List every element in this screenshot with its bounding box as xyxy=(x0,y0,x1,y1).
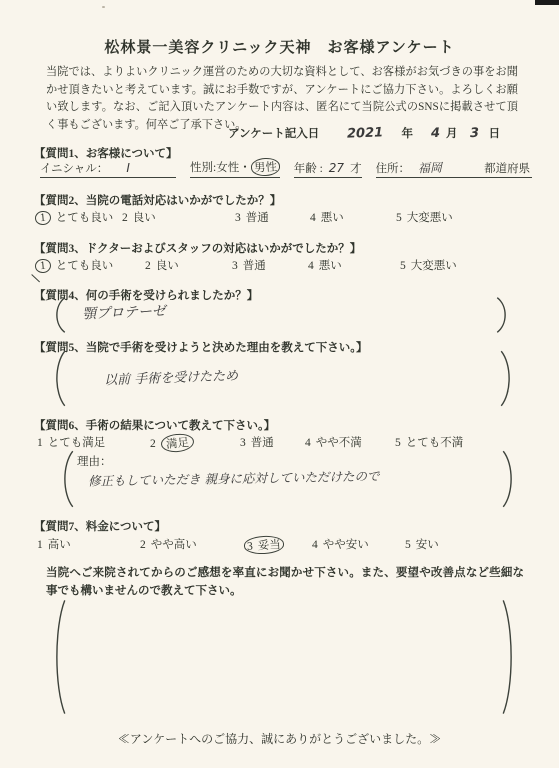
q5-answer-box: 以前 手術を受けたため xyxy=(52,350,514,407)
q5-answer: 以前 手術を受けたため xyxy=(104,365,239,389)
feedback-answer-box xyxy=(52,598,516,716)
age-value: 27 xyxy=(329,161,344,175)
q7-heading: 【質問7、料金について】 xyxy=(34,518,166,534)
initial-label: イニシャル： xyxy=(40,163,108,175)
q7-option-3: 3妥当 xyxy=(244,536,284,554)
q7-option-2: 2やや高い xyxy=(140,536,197,552)
close-paren xyxy=(495,297,510,333)
close-paren xyxy=(501,450,516,508)
q6-option-4: 4やや不満 xyxy=(305,434,362,450)
date-day-suffix: 日 xyxy=(489,125,501,141)
feedback-prompt: 当院へご来院されてからのご感想を率直にお聞かせ下さい。また、要望や改善点など些細… xyxy=(46,564,524,600)
open-paren xyxy=(52,297,67,333)
q3-option-4: 4悪い xyxy=(308,257,342,273)
address-label: 住所： xyxy=(376,163,411,175)
address-field: 住所：福岡都道府県 xyxy=(376,159,532,178)
q6-option-3: 3普通 xyxy=(240,434,274,450)
q7-option-5: 5安い xyxy=(405,536,439,552)
q2-selected-circle: 1 xyxy=(34,210,51,225)
q7-selected-circle: 3妥当 xyxy=(244,535,285,555)
date-year-suffix: 年 xyxy=(402,125,414,141)
open-paren xyxy=(52,598,67,716)
q6-option-1: 1とても満足 xyxy=(37,434,105,450)
age-field: 年齢 :27才 xyxy=(294,160,362,178)
q2-option-1: 1とても良い xyxy=(35,209,113,225)
q6-option-5: 5とても不満 xyxy=(395,434,463,450)
gender-field: 性別:女性・男性 xyxy=(190,158,280,178)
q6-reason-box: 理由： 修正もしていただき 親身に応対していただけたので xyxy=(60,450,516,508)
footer-thanks: ≪アンケートへのご協力、誠にありがとうございました。≫ xyxy=(0,730,559,747)
q6-reason-answer: 修正もしていただき 親身に応対していただけたので xyxy=(88,466,380,489)
open-paren xyxy=(52,350,67,407)
intro-text: 当院では、よりよいクリニック運営のための大切な資料として、お客様がお気づきの事を… xyxy=(46,64,518,134)
scan-dust xyxy=(102,6,105,8)
date-month-value: 4 xyxy=(431,126,441,141)
q3-heading: 【質問3、ドクターおよびスタッフの対応はいかがでしたか？】 xyxy=(34,240,361,256)
age-suffix: 才 xyxy=(350,163,362,175)
q3-selected-circle: 1 xyxy=(34,258,51,273)
close-paren xyxy=(501,598,516,716)
close-paren xyxy=(499,350,514,407)
q2-heading: 【質問2、当院の電話対応はいかがでしたか？】 xyxy=(34,192,281,208)
date-line: アンケート記入日 2021 年 4 月 3 日 xyxy=(228,125,500,141)
address-value: 福岡 xyxy=(418,159,443,177)
q7-option-1: 1高い xyxy=(37,536,71,552)
q3-option-5: 5大変悪い xyxy=(400,257,457,273)
open-paren xyxy=(60,450,75,508)
q2-option-5: 5大変悪い xyxy=(396,209,453,225)
address-suffix: 都道府県 xyxy=(484,163,530,175)
q7-option-4: 4やや安い xyxy=(312,536,369,552)
q2-option-2: 2良い xyxy=(122,209,156,225)
gender-selected-circle: 男性 xyxy=(250,157,280,176)
q6-heading: 【質問6、手術の結果について教えて下さい。】 xyxy=(34,417,275,433)
q2-option-3: 3普通 xyxy=(235,209,269,225)
q3-option-2: 2良い xyxy=(145,257,179,273)
q2-option-4: 4悪い xyxy=(310,209,344,225)
date-month-suffix: 月 xyxy=(446,125,458,141)
age-label: 年齢 : xyxy=(294,163,323,175)
q4-answer-box: 顎プロテーゼ xyxy=(52,297,510,333)
page-title: 松林景一美容クリニック天神 お客様アンケート xyxy=(0,36,559,57)
date-year-value: 2021 xyxy=(347,125,384,141)
initial-value: I xyxy=(126,161,130,175)
q6-reason-label: 理由： xyxy=(77,453,112,469)
q1-fields: イニシャル：I 性別:女性・男性 年齢 :27才 住所：福岡都道府県 xyxy=(40,158,532,178)
date-label: アンケート記入日 xyxy=(228,125,319,141)
initial-field: イニシャル：I xyxy=(40,160,176,178)
date-day-value: 3 xyxy=(469,126,479,141)
q3-option-3: 3普通 xyxy=(232,257,266,273)
scan-artifact-corner xyxy=(535,0,559,5)
survey-sheet: 松林景一美容クリニック天神 お客様アンケート 当院では、よりよいクリニック運営の… xyxy=(0,0,559,768)
q4-answer: 顎プロテーゼ xyxy=(82,301,166,324)
gender-label: 性別:女性・ xyxy=(190,162,251,174)
q3-option-1: 1とても良い xyxy=(35,257,113,273)
